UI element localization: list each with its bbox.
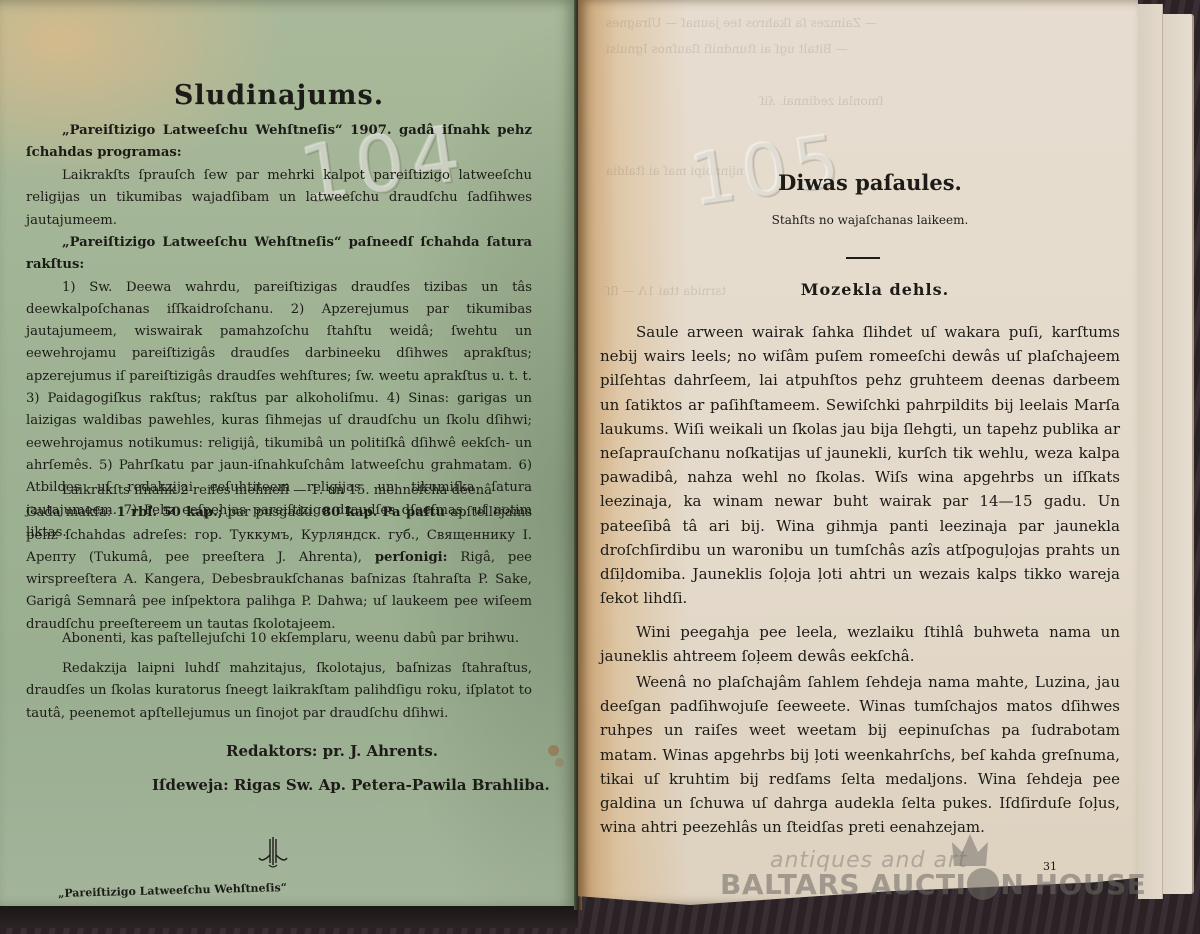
- chapter-title: Mozekla dehls.: [600, 280, 1150, 299]
- mission-paragraph: Laikrakſts ſprauſch ſew par mehrki kalpo…: [26, 165, 532, 232]
- editorial-request-paragraph: Redakzija laipni luhdſ mahzitajus, ſkolo…: [26, 658, 532, 725]
- price-year: 1 rbl. 50 kap.;: [116, 505, 222, 520]
- price-half-label: par pusgadu:: [228, 505, 317, 520]
- page-title: Sludinajums.: [26, 80, 532, 111]
- editor-credit: Redaktors: pr. J. Ahrents.: [226, 742, 438, 760]
- personal-label: perſonigi:: [375, 550, 448, 565]
- publisher-label: Iſdeweja:: [152, 776, 229, 794]
- open-booklet: 104 Sludinajums. „Pareiſtizigo Latweeſch…: [0, 0, 1200, 934]
- publisher-credit: Iſdeweja: Rigas Sw. Ap. Petera-Pawila Br…: [152, 776, 550, 794]
- show-through-text: — Zaimzes ſa ſkahros tee jaunaſ — Ulragn…: [606, 14, 877, 32]
- story-paragraph: Weenâ no plaſchajâm ſahlem ſehdeja nama …: [600, 670, 1120, 839]
- intro-paragraph: „Pareiſtizigo Latweeſchu Wehſtneſis“ 190…: [26, 120, 532, 165]
- paragraph-text: Wini peegahja pee leela, wezlaiku ſtihlâ…: [600, 620, 1120, 668]
- title-divider: [846, 257, 880, 259]
- story-paragraph: Saule arween wairak ſahka ſlihdet uſ wak…: [600, 320, 1120, 610]
- story-paragraph: Wini peegahja pee leela, wezlaiku ſtihlâ…: [600, 620, 1120, 668]
- intro-text: „Pareiſtizigo Latweeſchu Wehſtneſis“ 190…: [26, 123, 532, 160]
- foxing-stain: [555, 758, 564, 767]
- page-stack-edge: [1162, 14, 1194, 894]
- subscription-frequency: Laikrakſts iſnahk 2 reiſes mehneſî — 1. …: [26, 480, 532, 502]
- editor-name: pr. J. Ahrents.: [323, 742, 438, 760]
- story-title: Diwas paſaules.: [600, 170, 1140, 195]
- subscribers-note-paragraph: Abonenti, kas paſtellejuſchi 10 ekſempla…: [26, 628, 532, 650]
- post-label: Pa paſtu: [382, 505, 445, 520]
- story-subtitle: Stahſts no wajaſchanas laikeem.: [600, 213, 1140, 227]
- editorial-request: Redakzija laipni luhdſ mahzitajus, ſkolo…: [26, 658, 532, 725]
- show-through-text: — Bitalt ugſ ai ſtundniſi ſlauſnos Ignul…: [606, 40, 848, 58]
- subscribers-note: Abonenti, kas paſtellejuſchi 10 ekſempla…: [26, 628, 532, 650]
- mission-text: Laikrakſts ſprauſch ſew par mehrki kalpo…: [26, 165, 532, 232]
- page-number: 31: [1043, 860, 1057, 873]
- price-half: 80 kap.: [322, 505, 377, 520]
- paragraph-text: Saule arween wairak ſahka ſlihdet uſ wak…: [600, 320, 1120, 610]
- fleuron-ornament-icon: [258, 835, 288, 869]
- page-stack-edge: [1138, 4, 1163, 899]
- paragraph-text: Weenâ no plaſchajâm ſahlem ſehdeja nama …: [600, 670, 1120, 839]
- price-label: Gada makſa:: [26, 505, 111, 520]
- left-page: 104 Sludinajums. „Pareiſtizigo Latweeſch…: [0, 0, 578, 910]
- show-through-text: ſmonlai zedinnai. ʎiſ: [760, 92, 884, 110]
- subscription-paragraph: Laikrakſts iſnahk 2 reiſes mehneſî — 1. …: [26, 480, 532, 636]
- publisher-name: Rigas Sw. Ap. Petera-Pawila Brahliba.: [234, 776, 550, 794]
- contents-intro: „Pareiſtizigo Latweeſchu Wehſtneſis“ paſ…: [26, 232, 532, 277]
- foxing-stain: [548, 745, 559, 756]
- editor-label: Redaktors:: [226, 742, 317, 760]
